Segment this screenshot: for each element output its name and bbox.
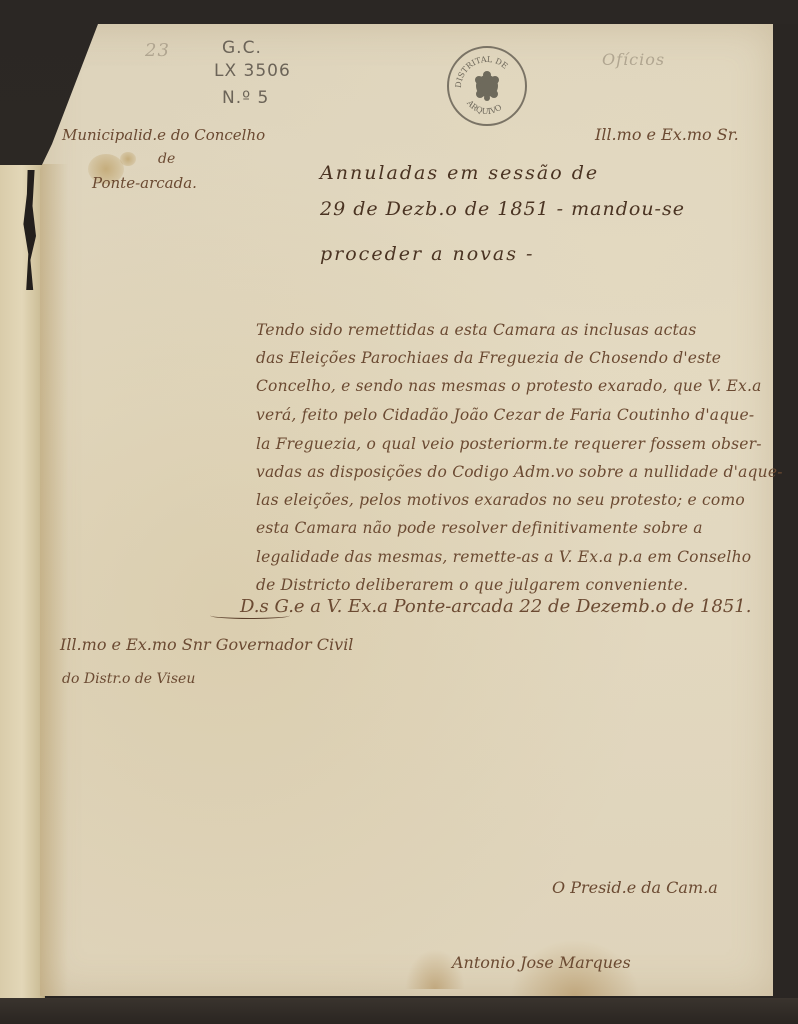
addressee-line-1: Ill.mo e Ex.mo Snr Governador Civil [60,637,353,653]
annotation-line-2: 29 de Dezb.o de 1851 - mandou-se [320,200,685,219]
body-line-4: verá, feito pelo Cidadão João Cezar de F… [256,408,754,424]
svg-text:ARQUIVO: ARQUIVO [464,98,503,116]
closing-date-line: D.s G.e a V. Ex.a Ponte-arcada 22 de Dez… [240,598,751,616]
archive-code-line-2: LX 3506 [214,63,291,80]
annotation-line-3: proceder a novas - [320,245,534,264]
mount-right-edge [773,24,798,999]
sender-de: de [158,152,175,166]
body-line-9: legalidade das mesmas, remette-as a V. E… [256,550,751,566]
sender-place: Ponte-arcada. [92,176,197,191]
signature-title: O Presid.e da Cam.a [552,880,718,896]
body-line-7: las eleições, pelos motivos exarados no … [256,493,745,509]
stamp-crest-icon: DISTRITAL DE ARQUIVO [449,48,525,124]
annotation-line-1: Annuladas em sessão de [320,164,599,183]
body-line-8: esta Camara não pode resolver definitiva… [256,521,703,537]
archive-code-line-3: N.º 5 [222,90,269,107]
body-line-1: Tendo sido remettidas a esta Camara as i… [256,323,697,339]
mount-bottom-edge [0,998,798,1024]
folded-back-leaf [0,165,45,1000]
closing-flourish [210,612,290,619]
signature-name: Antonio Jose Marques [452,955,631,971]
body-line-10: de Districto deliberarem o que julgarem … [256,578,688,594]
archive-faint-note: Ofícios [602,52,665,68]
archive-code-line-1: G.C. [222,40,262,57]
body-line-6: vadas as disposições do Codigo Adm.vo so… [256,465,783,481]
body-line-3: Concelho, e sendo nas mesmas o protesto … [256,379,762,395]
ink-stain-small [120,152,136,166]
archive-faint-number: 23 [145,42,170,60]
addressee-line-2: do Distr.o de Viseu [62,672,195,686]
archive-stamp: DISTRITAL DE ARQUIVO [447,46,527,126]
body-line-5: la Freguezia, o qual veio posteriorm.te … [256,437,762,453]
sender-municipality: Municipalid.e do Concelho [62,128,265,143]
body-line-2: das Eleições Parochiaes da Freguezia de … [256,351,721,367]
salutation-top: Ill.mo e Ex.mo Sr. [595,127,739,143]
